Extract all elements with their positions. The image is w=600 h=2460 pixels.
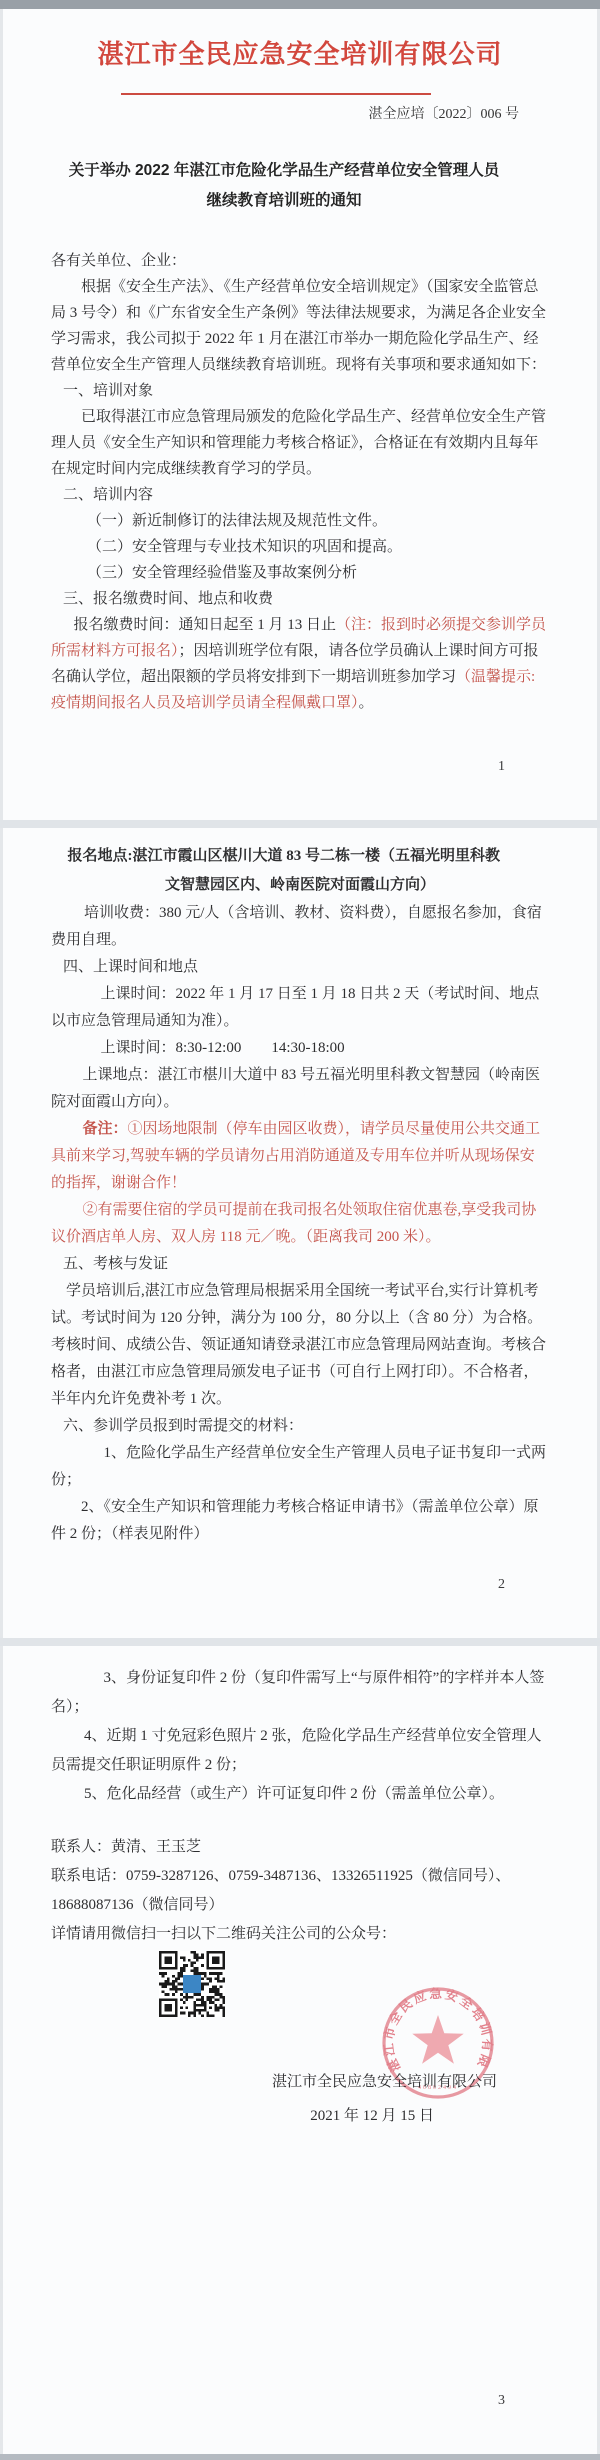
material-item-1: 1、危险化学品生产经营单位安全生产管理人员电子证书复印一式两份； (51, 1440, 549, 1494)
training-fee: 培训收费：380 元/人（含培训、教材、资料费），自愿报名参加，食宿费用自理。 (51, 900, 549, 954)
salutation: 各有关单位、企业： (51, 248, 549, 274)
intro-paragraph: 根据《安全生产法》、《生产经营单位安全培训规定》（国家安全监管总局 3 号令）和… (51, 274, 549, 378)
remark-label: 备注： (83, 1121, 128, 1137)
contact-phone: 联系电话：0759-3287126、0759-3487136、133265119… (51, 1862, 549, 1920)
qr-caption: 详情请用微信扫一扫以下二维码关注公司的公众号： (51, 1920, 549, 1949)
page-1: 湛江市全民应急安全培训有限公司 湛全应培〔2022〕006 号 关于举办 202… (3, 9, 597, 820)
wechat-qr-code (159, 1951, 225, 2017)
signature-org: 湛江市全民应急安全培训有限公司 (3, 2070, 497, 2091)
section2-item: （二）安全管理与专业技术知识的巩固和提高。 (51, 534, 549, 560)
signature-date: 2021 年 12 月 15 日 (3, 2104, 434, 2125)
section3-paragraph: 报名缴费时间：通知日起至 1 月 13 日止（注：报到时必须提交参训学员所需材料… (51, 612, 549, 716)
scan-top-edge (0, 0, 600, 9)
page-number: 3 (498, 2393, 505, 2409)
remark-2: ②有需要住宿的学员可提前在我司报名处领取住宿优惠卷,享受我司协议价酒店单人房、双… (51, 1197, 549, 1251)
doc-number: 湛全应培〔2022〕006 号 (51, 104, 549, 126)
qr-code-image (159, 1951, 225, 2017)
section5-heading: 五、考核与发证 (51, 1251, 549, 1278)
page-gap (0, 820, 600, 828)
section3-heading: 三、报名缴费时间、地点和收费 (51, 586, 549, 612)
class-dates: 上课时间：2022 年 1 月 17 日至 1 月 18 日共 2 天（考试时间… (51, 981, 549, 1035)
signup-location-line1: 报名地点:湛江市霞山区椹川大道 83 号二栋一楼（五福光明里科教 (51, 828, 549, 871)
page-gap (0, 1638, 600, 1646)
notice-title-line2: 继续教育培训班的通知 (35, 186, 533, 216)
section1-heading: 一、培训对象 (51, 378, 549, 404)
page-number: 1 (498, 759, 505, 775)
letterhead-divider (121, 93, 431, 95)
section3-text: 报名缴费时间：通知日起至 1 月 13 日止 (74, 617, 337, 633)
section3-text: 。 (359, 695, 374, 711)
page-3: 3、身份证复印件 2 份（复印件需写上“与原件相符”的字样并本人签名）； 4、近… (3, 1646, 597, 2454)
letterhead-org-name: 湛江市全民应急安全培训有限公司 (51, 9, 549, 75)
material-item-2: 2、《安全生产知识和管理能力考核合格证申请书》（需盖单位公章）原件 2 份；（样… (51, 1494, 549, 1548)
page-number: 2 (498, 1577, 505, 1593)
section6-heading: 六、参训学员报到时需提交的材料： (51, 1413, 549, 1440)
material-item-5: 5、危化品经营（或生产）许可证复印件 2 份（需盖单位公章）。 (51, 1780, 549, 1809)
notice-title-line1: 关于举办 2022 年湛江市危险化学品生产经营单位安全管理人员 (35, 156, 533, 186)
section4-heading: 四、上课时间和地点 (51, 954, 549, 981)
seal-star (412, 2015, 463, 2064)
section1-body: 已取得湛江市应急管理局颁发的危险化学品生产、经营单位安全生产管理人员《安全生产知… (51, 404, 549, 482)
remark-1: 备注：①因场地限制（停车由园区收费），请学员尽量使用公共交通工具前来学习,驾驶车… (51, 1116, 549, 1197)
class-location: 上课地点：湛江市椹川大道中 83 号五福光明里科教文智慧园（岭南医院对面霞山方向… (51, 1062, 549, 1116)
section5-body: 学员培训后,湛江市应急管理局根据采用全国统一考试平台,实行计算机考试。考试时间为… (51, 1278, 549, 1413)
material-item-4: 4、近期 1 寸免冠彩色照片 2 张，危险化学品生产经营单位安全管理人员需提交任… (51, 1722, 549, 1780)
section2-item: （一）新近制修订的法律法规及规范性文件。 (51, 508, 549, 534)
page-2: 报名地点:湛江市霞山区椹川大道 83 号二栋一楼（五福光明里科教 文智慧园区内、… (3, 828, 597, 1638)
section2-heading: 二、培训内容 (51, 482, 549, 508)
section2-item: （三）安全管理经验借鉴及事故案例分析 (51, 560, 549, 586)
signup-location-line2: 文智慧园区内、岭南医院对面霞山方向） (51, 871, 549, 900)
class-hours: 上课时间：8:30-12:00 14:30-18:00 (51, 1035, 549, 1062)
contact-person: 联系人：黄清、王玉芝 (51, 1833, 549, 1862)
scan-bottom-edge (0, 2454, 600, 2460)
material-item-3: 3、身份证复印件 2 份（复印件需写上“与原件相符”的字样并本人签名）； (51, 1646, 549, 1722)
